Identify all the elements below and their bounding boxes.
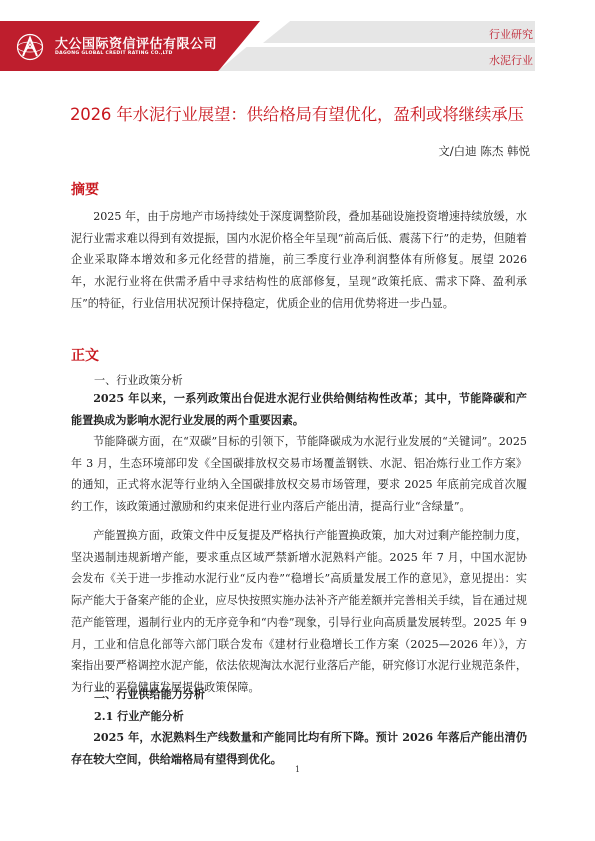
category-label: 行业研究 xyxy=(489,26,533,42)
section-1-heading: 一、行业政策分析 xyxy=(94,372,183,388)
section-1-paragraph-carbon: 节能降碳方面，在“双碳”目标的引领下，节能降碳成为水泥行业发展的“关键词”。20… xyxy=(71,431,527,518)
section-2-1-heading: 2.1 行业产能分析 xyxy=(94,708,184,724)
section-2-heading: 二、行业供给能力分析 xyxy=(94,686,205,702)
abstract-heading: 摘要 xyxy=(71,179,99,199)
page-number: 1 xyxy=(0,765,595,774)
dagong-logo-icon xyxy=(16,33,44,61)
company-name-en: DAGONG GLOBAL CREDIT RATING CO.,LTD xyxy=(55,51,173,56)
section-1-paragraph-capacity: 产能置换方面，政策文件中反复提及严格执行产能置换政策，加大对过剩产能控制力度，坚… xyxy=(71,525,527,699)
section-1-lead: 2025 年以来，一系列政策出台促进水泥行业供给侧结构性改革；其中，节能降碳和产… xyxy=(71,388,527,431)
body-heading: 正文 xyxy=(71,345,99,365)
abstract-paragraph: 2025 年，由于房地产市场持续处于深度调整阶段，叠加基础设施投资增速持续放缓，… xyxy=(71,206,527,315)
sector-band xyxy=(218,47,535,71)
report-header: 大公国际资信评估有限公司 DAGONG GLOBAL CREDIT RATING… xyxy=(0,0,595,80)
company-name-cn: 大公国际资信评估有限公司 xyxy=(55,33,217,52)
section-2-1-lead: 2025 年，水泥熟料生产线数量和产能同比均有所下降。预计 2026 年落后产能… xyxy=(71,727,527,770)
report-title: 2026 年水泥行业展望：供给格局有望优化，盈利或将继续承压 xyxy=(70,101,530,125)
sector-label: 水泥行业 xyxy=(489,52,533,68)
report-authors: 文/白迪 陈杰 韩悦 xyxy=(438,143,530,159)
